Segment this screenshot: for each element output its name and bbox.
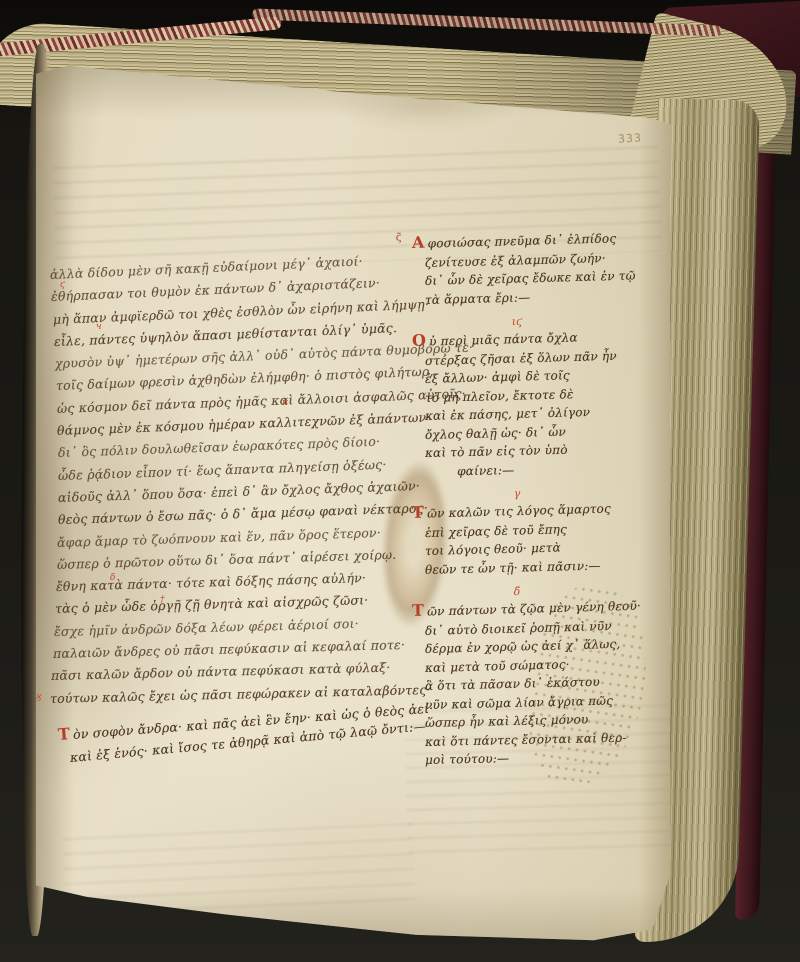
scholia-column: ϛ̃Αφοσιώσας πνεῦμα δι᾽ ἐλπίδοςζενίτευσε … bbox=[412, 234, 668, 776]
final-text-block: Τὸν σοφὸν ἄνδρα· καὶ πᾶς ἀεὶ ἓν ἔην· καὶ… bbox=[44, 724, 424, 770]
rubric-initial: Α bbox=[412, 233, 425, 252]
rubric-margin-sign: ϛ̃ bbox=[396, 229, 402, 248]
folio-number-stamp: 333 bbox=[618, 131, 643, 145]
photo-background: 633. 333 ἀλλὰ δίδου μὲν σῆ κακῇ εὐδαίμον… bbox=[0, 0, 800, 962]
rubric-initial: Τ bbox=[57, 724, 70, 744]
rubric-initial: Ο bbox=[412, 331, 427, 350]
scholion-line: μοὶ τούτου:— bbox=[425, 746, 668, 770]
rubric-initial: Τ bbox=[412, 601, 425, 620]
parchment-page: 633. 333 ἀλλὰ δίδου μὲν σῆ κακῇ εὐδαίμον… bbox=[36, 56, 670, 942]
rubric-initial: Τ bbox=[412, 503, 425, 522]
endband-stitching bbox=[252, 8, 722, 36]
bleedthrough-text bbox=[62, 810, 416, 920]
scholion-block: Τῶν πάντων τὰ ζῷα μὲν γένη θεοῦ·δι᾽ αὐτὸ… bbox=[412, 602, 668, 770]
scholion-block: Οὐ περὶ μιᾶς πάντα ὄχλαστέρξας ζῆσαι ἐξ … bbox=[412, 332, 668, 481]
scholion-block: ϛ̃Αφοσιώσας πνεῦμα δι᾽ ἐλπίδοςζενίτευσε … bbox=[412, 234, 668, 309]
main-text-column: ἀλλὰ δίδου μὲν σῆ κακῇ εὐδαίμονι μέγ᾽ ἀχ… bbox=[46, 264, 418, 710]
scholion-block: Τῶν καλῶν τις λόγος ἅμαρτοςἐπὶ χεῖρας δὲ… bbox=[412, 504, 668, 579]
